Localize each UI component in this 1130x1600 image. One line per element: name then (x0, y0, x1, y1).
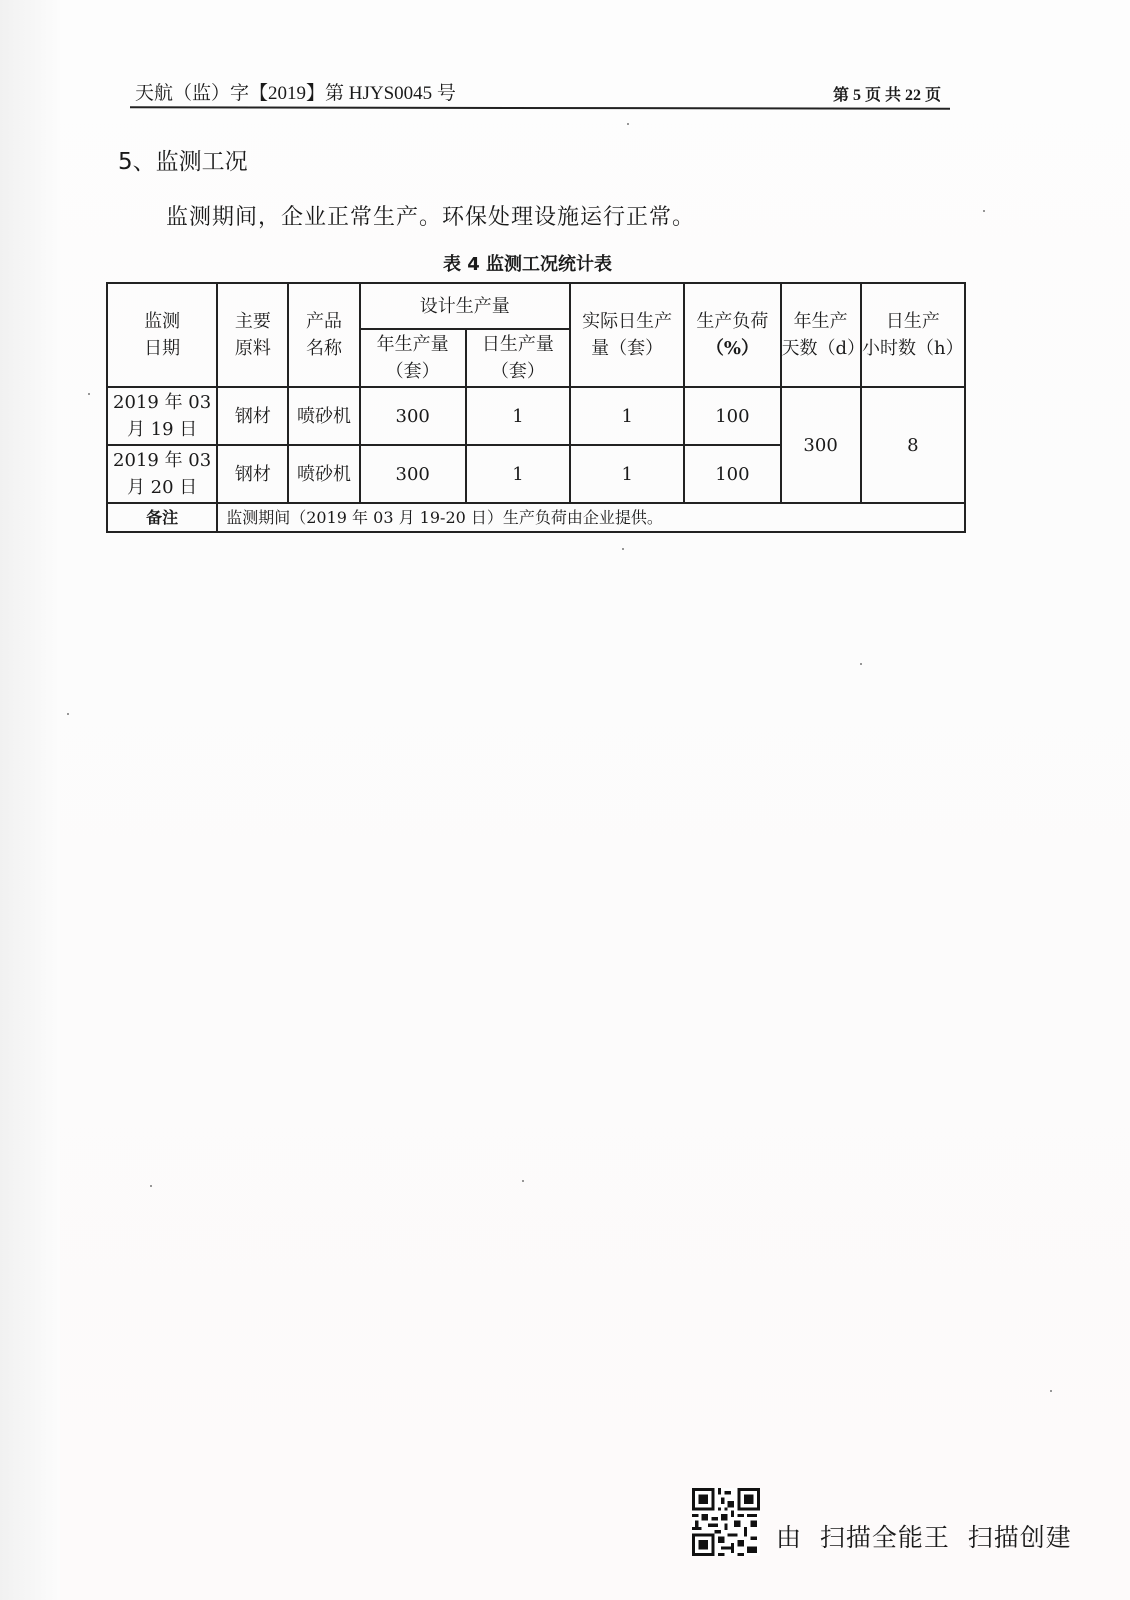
cell-actual: 1 (570, 387, 684, 445)
header-product: 产品名称 (288, 283, 359, 387)
note-label: 备注 (107, 503, 217, 532)
document-number: 天航（监）字【2019】第 HJYS0045 号 (135, 78, 456, 105)
page-header: 天航（监）字【2019】第 HJYS0045 号 第 5 页 共 22 页 (135, 78, 945, 108)
header-material: 主要原料 (217, 283, 288, 387)
header-annual-output: 年生产量（套） (360, 329, 466, 387)
cell-date: 2019 年 03月 19 日 (107, 387, 217, 445)
cell-load: 100 (684, 445, 780, 503)
scan-speck (622, 548, 624, 550)
header-date: 监测日期 (107, 283, 217, 387)
cell-production-days: 300 (781, 387, 861, 503)
cell-load: 100 (684, 387, 780, 445)
qr-code-icon (692, 1488, 760, 1556)
table-caption: 表 4 监测工况统计表 (443, 250, 612, 276)
monitoring-conditions-table: 监测日期 主要原料 产品名称 设计生产量 实际日生产量（套） 生产负荷（%） 年… (106, 282, 966, 533)
cell-material: 钢材 (217, 387, 288, 445)
table-row: 2019 年 03月 19 日 钢材 喷砂机 300 1 1 100 300 8 (107, 387, 965, 445)
cell-material: 钢材 (217, 445, 288, 503)
cell-daily: 1 (466, 445, 570, 503)
scan-speck (522, 1180, 524, 1182)
page-indicator: 第 5 页 共 22 页 (833, 82, 941, 105)
cell-annual: 300 (360, 387, 466, 445)
cell-product: 喷砂机 (288, 445, 359, 503)
section-title: 5、监测工况 (118, 143, 248, 176)
table-header-row: 监测日期 主要原料 产品名称 设计生产量 实际日生产量（套） 生产负荷（%） 年… (107, 283, 965, 329)
table-note-row: 备注 监测期间（2019 年 03 月 19-20 日）生产负荷由企业提供。 (107, 503, 965, 532)
cell-annual: 300 (360, 445, 466, 503)
scan-speck (67, 713, 69, 715)
scan-edge-shadow (0, 0, 60, 1600)
scan-speck (88, 393, 90, 395)
scan-speck (627, 123, 629, 125)
scan-speck (860, 663, 862, 665)
scan-speck (1050, 1390, 1052, 1392)
header-actual-daily: 实际日生产量（套） (570, 283, 684, 387)
cell-actual: 1 (570, 445, 684, 503)
section-paragraph: 监测期间，企业正常生产。环保处理设施运行正常。 (166, 200, 695, 231)
header-load: 生产负荷（%） (684, 283, 780, 387)
page-background (0, 0, 1130, 1600)
cell-date: 2019 年 03月 20 日 (107, 445, 217, 503)
cell-product: 喷砂机 (288, 387, 359, 445)
scan-speck (983, 210, 985, 212)
cell-daily-hours: 8 (861, 387, 965, 503)
header-hours: 日生产小时数（h） (861, 283, 965, 387)
scan-speck (150, 1185, 152, 1187)
scanner-watermark: 由 扫描全能王 扫描创建 (692, 1488, 1092, 1558)
header-daily-output: 日生产量（套） (466, 329, 570, 387)
header-days: 年生产天数（d） (781, 283, 861, 387)
note-text: 监测期间（2019 年 03 月 19-20 日）生产负荷由企业提供。 (217, 503, 965, 532)
header-design-output: 设计生产量 (360, 283, 570, 329)
scanner-watermark-text: 由 扫描全能王 扫描创建 (776, 1518, 1072, 1554)
cell-daily: 1 (466, 387, 570, 445)
